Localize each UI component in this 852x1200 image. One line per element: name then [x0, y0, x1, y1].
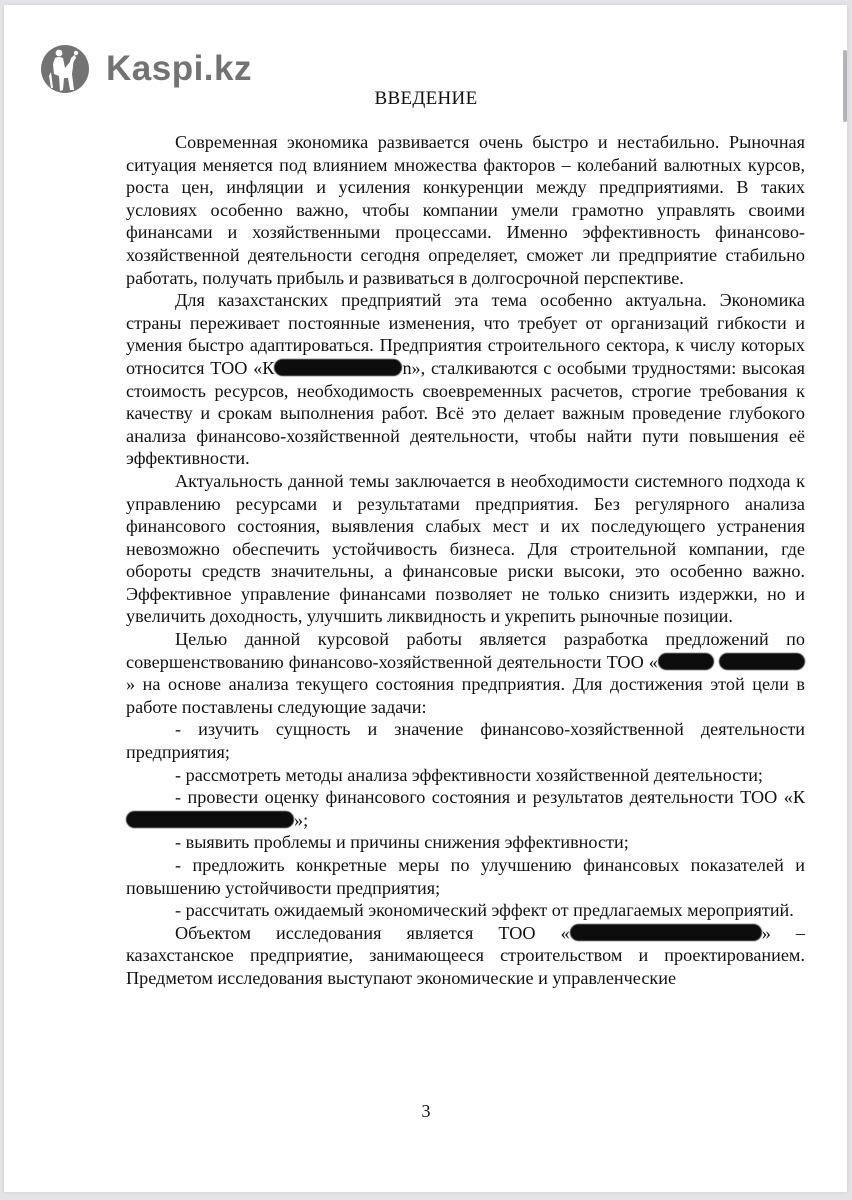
paragraph-kazakhstan: Для казахстанских предприятий эта тема о…	[126, 289, 805, 470]
paragraph-goal: Целью данной курсовой работы является ра…	[126, 628, 805, 718]
kaspi-people-icon	[40, 44, 90, 94]
redaction-mark	[658, 653, 714, 670]
document-body: Современная экономика развивается очень …	[126, 131, 805, 990]
logo-text: Kaspi.kz	[106, 49, 252, 89]
redaction-mark	[570, 924, 762, 941]
page-number: 3	[0, 1101, 852, 1122]
paragraph-relevance: Актуальность данной темы заключается в н…	[126, 470, 805, 628]
redaction-mark	[719, 653, 805, 670]
task-item: - выявить проблемы и причины снижения эф…	[126, 831, 805, 854]
task-item: - рассчитать ожидаемый экономический эфф…	[126, 899, 805, 922]
paragraph-object: Объектом исследования является ТОО «» – …	[126, 922, 805, 990]
paragraph-intro: Современная экономика развивается очень …	[126, 131, 805, 289]
scrollbar[interactable]	[843, 50, 847, 122]
kaspi-logo: Kaspi.kz	[40, 44, 252, 94]
task-item: - рассмотреть методы анализа эффективнос…	[126, 764, 805, 787]
redaction-mark	[126, 811, 294, 828]
task-item: - изучить сущность и значение финансово-…	[126, 718, 805, 763]
task-item: - провести оценку финансового состояния …	[126, 786, 805, 831]
task-item: - предложить конкретные меры по улучшени…	[126, 854, 805, 899]
page-title: ВВЕДЕНИЕ	[0, 88, 852, 110]
redaction-mark	[274, 359, 402, 376]
